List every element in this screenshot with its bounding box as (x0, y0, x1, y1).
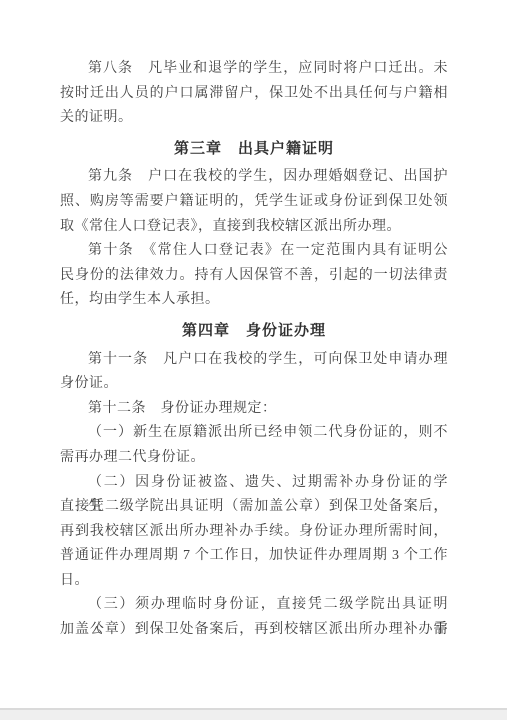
text-line: 身份证。 (60, 372, 448, 397)
text-line: 需再办理二代身份证。 (60, 446, 448, 471)
text-line: 关的证明。 (60, 106, 448, 131)
paragraph: 第十一条 凡户口在我校的学生，可向保卫处申请办理身份证。 (60, 348, 448, 397)
paragraph: （三）须办理临时身份证，直接凭二级学院出具证明（需加盖公章）到保卫处备案后，再到… (60, 593, 448, 642)
text-line: 加盖公章）到保卫处备案后，再到校辖区派出所办理补办手 (60, 618, 448, 643)
text-line: 按时迁出人员的户口属滞留户，保卫处不出具任何与户籍相 (60, 82, 448, 107)
text-line: 第十条 《常住人口登记表》在一定范围内具有证明公 (60, 239, 448, 264)
chapter-heading: 第四章 身份证办理 (60, 319, 448, 344)
text-line: 照、购房等需要户籍证明的，凭学生证或身份证到保卫处领 (60, 190, 448, 215)
text-line: 再到我校辖区派出所办理补办手续。身份证办理所需时间， (60, 520, 448, 545)
text-line: 取《常住人口登记表》，直接到我校辖区派出所办理。 (60, 215, 448, 240)
text-line: 第九条 户口在我校的学生，因办理婚姻登记、出国护 (60, 165, 448, 190)
text-line: 第十二条 身份证办理规定： (60, 397, 448, 422)
text-line: （三）须办理临时身份证，直接凭二级学院出具证明（需 (60, 593, 448, 618)
paragraph: （一）新生在原籍派出所已经申领二代身份证的，则不需再办理二代身份证。 (60, 421, 448, 470)
text-line: （一）新生在原籍派出所已经申领二代身份证的，则不 (60, 421, 448, 446)
text-line: 任，均由学生本人承担。 (60, 288, 448, 313)
paragraph: 第十条 《常住人口登记表》在一定范围内具有证明公民身份的法律效力。持有人因保管不… (60, 239, 448, 313)
document-viewer: 第八条 凡毕业和退学的学生，应同时将户口迁出。未按时迁出人员的户口属滞留户，保卫… (0, 0, 507, 720)
paragraph: 第八条 凡毕业和退学的学生，应同时将户口迁出。未按时迁出人员的户口属滞留户，保卫… (60, 57, 448, 131)
document-page: 第八条 凡毕业和退学的学生，应同时将户口迁出。未按时迁出人员的户口属滞留户，保卫… (0, 0, 507, 710)
document-body: 第八条 凡毕业和退学的学生，应同时将户口迁出。未按时迁出人员的户口属滞留户，保卫… (0, 0, 507, 643)
paragraph: （二）因身份证被盗、遗失、过期需补办身份证的学生，直接凭二级学院出具证明（需加盖… (60, 471, 448, 594)
chapter-heading: 第三章 出具户籍证明 (60, 137, 448, 162)
text-line: 日。 (60, 569, 448, 594)
text-line: 第十一条 凡户口在我校的学生，可向保卫处申请办理 (60, 348, 448, 373)
text-line: 直接凭二级学院出具证明（需加盖公章）到保卫处备案后， (60, 495, 448, 520)
text-line: 第八条 凡毕业和退学的学生，应同时将户口迁出。未 (60, 57, 448, 82)
text-line: 民身份的法律效力。持有人因保管不善，引起的一切法律责 (60, 264, 448, 289)
paragraph: 第十二条 身份证办理规定： (60, 397, 448, 422)
text-line: 普通证件办理周期 7 个工作日，加快证件办理周期 3 个工作 (60, 544, 448, 569)
text-line: （二）因身份证被盗、遗失、过期需补办身份证的学生， (60, 471, 448, 496)
paragraph: 第九条 户口在我校的学生，因办理婚姻登记、出国护照、购房等需要户籍证明的，凭学生… (60, 165, 448, 239)
